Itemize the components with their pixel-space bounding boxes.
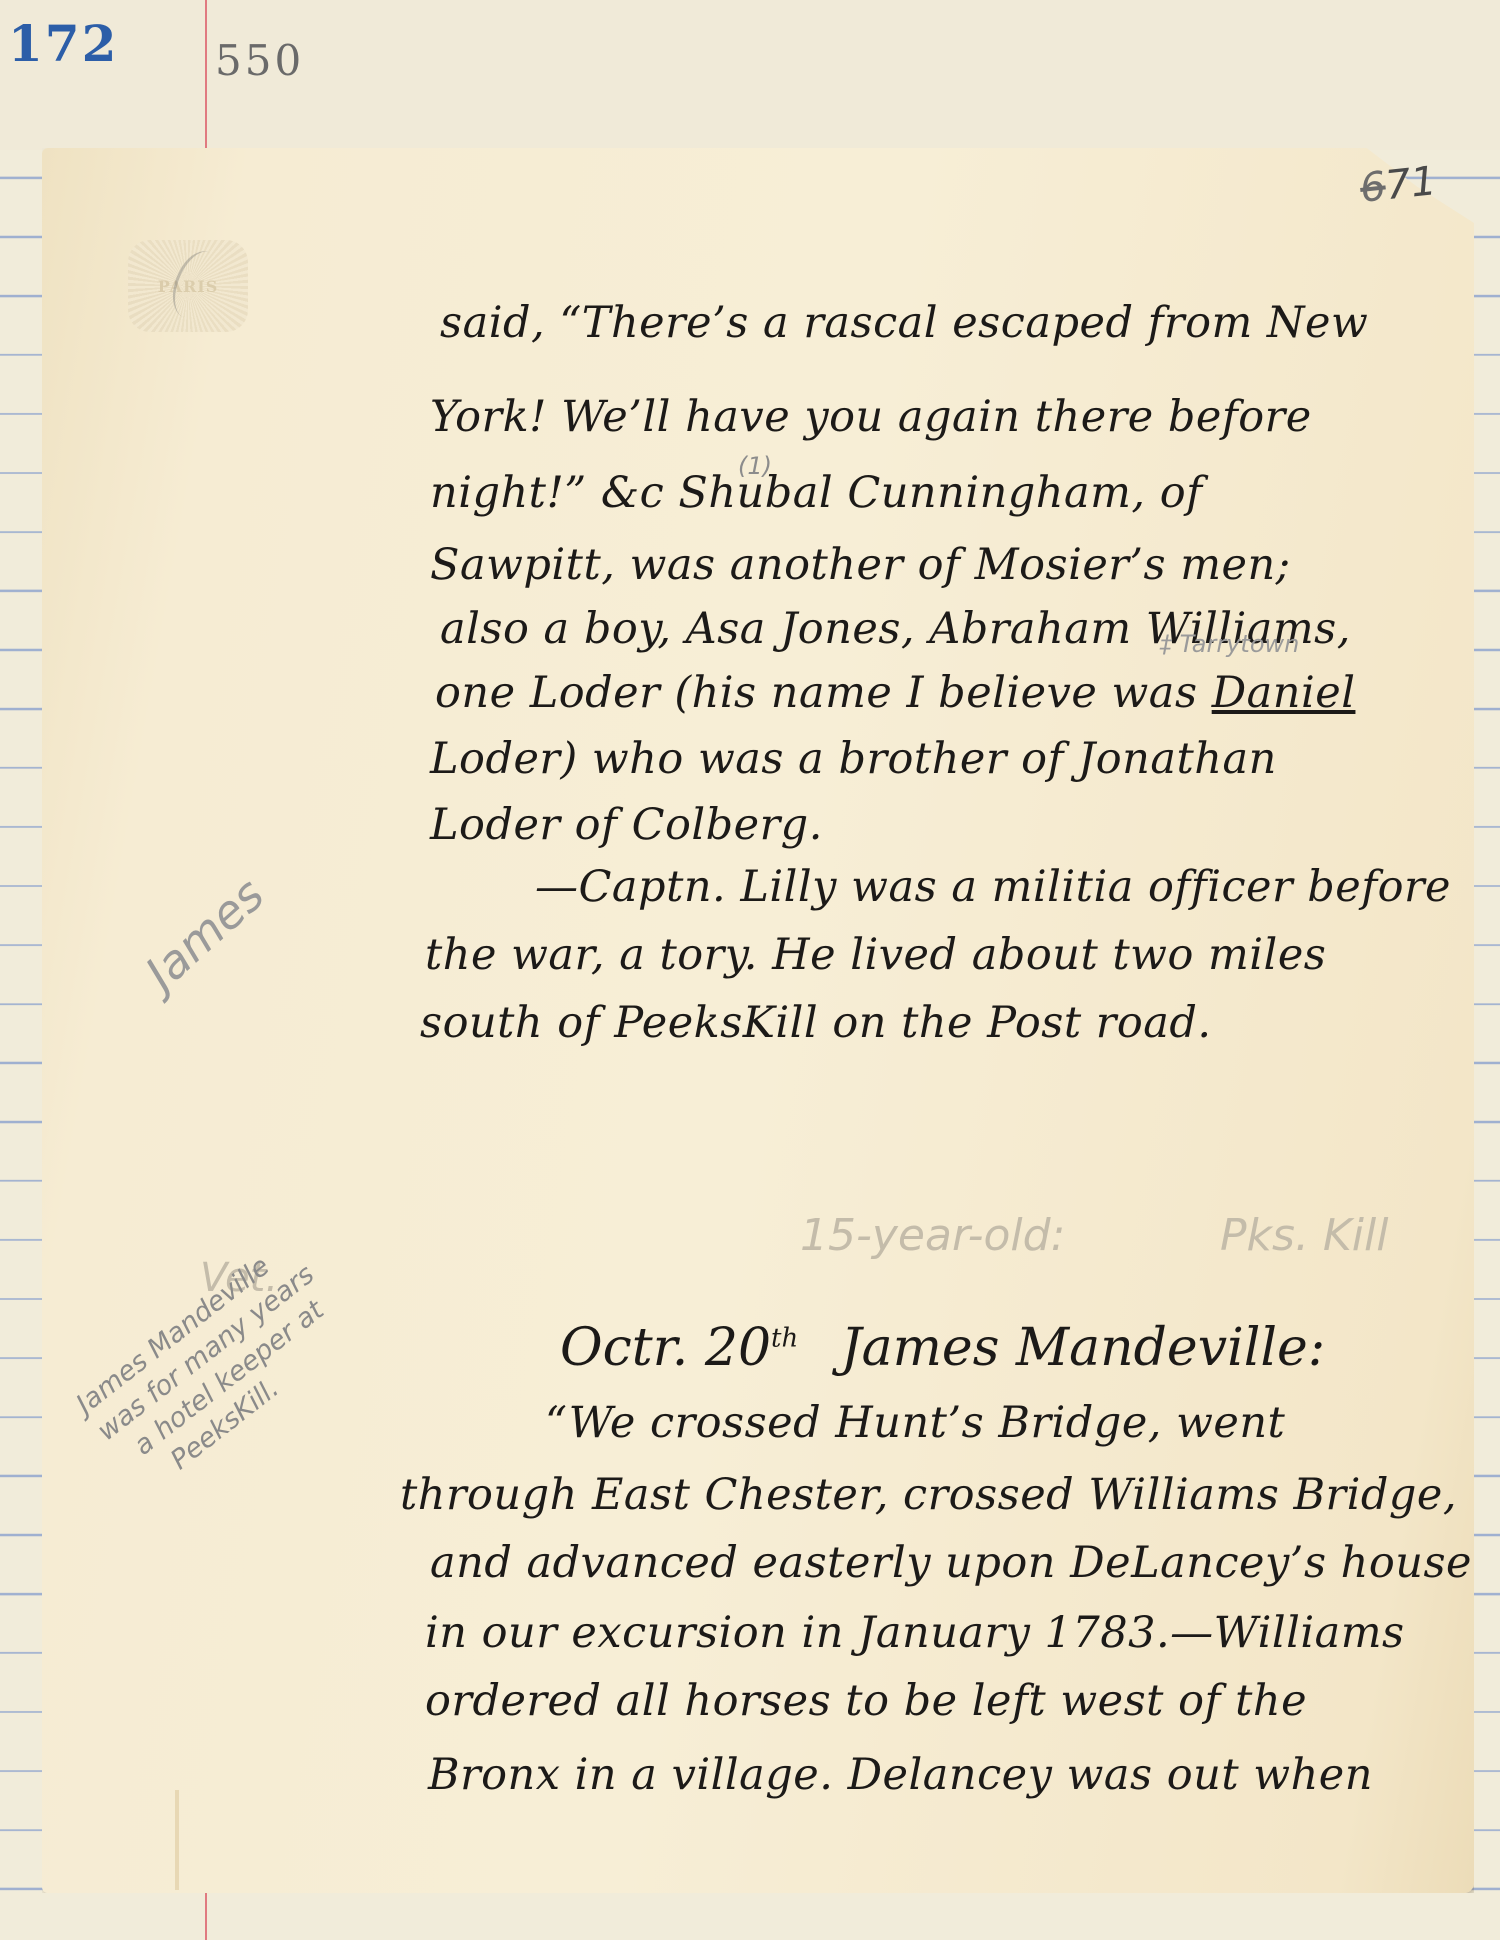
- text-line: Bronx in a village. Delancey was out whe…: [428, 1750, 1373, 1800]
- entry-date: Octr. 20: [560, 1318, 771, 1378]
- text-line: night!” &c Shubal Cunningham, of: [430, 468, 1203, 518]
- text-line: the war, a tory. He lived about two mile…: [425, 930, 1326, 980]
- underlined-name: Daniel: [1212, 668, 1356, 718]
- text-line: and advanced easterly upon DeLancey’s ho…: [430, 1538, 1472, 1588]
- faint-pencil-note: 15-year-old:: [800, 1210, 1065, 1261]
- faint-pencil-note: Pks. Kill: [1220, 1210, 1388, 1261]
- text-line: south of PeeksKill on the Post road.: [420, 998, 1212, 1048]
- text-line: “We crossed Hunt’s Bridge, went: [545, 1398, 1285, 1448]
- text-line: ordered all horses to be left west of th…: [425, 1676, 1307, 1726]
- text-line: said, “There’s a rascal escaped from New: [440, 298, 1368, 348]
- text-line: York! We’ll have you again there before: [430, 392, 1312, 442]
- text-line: Loder of Colberg.: [430, 800, 823, 850]
- sheet-number: 550: [215, 36, 304, 85]
- page-number-current: 71: [1383, 158, 1438, 209]
- text-line: Sawpitt, was another of Mosier’s men;: [430, 540, 1291, 590]
- text-line: Loder) who was a brother of Jonathan: [430, 734, 1277, 784]
- text-line: through East Chester, crossed Williams B…: [400, 1470, 1457, 1520]
- text-line: one Loder (his name I believe was Daniel: [435, 668, 1355, 718]
- page-number: 671: [1358, 158, 1439, 212]
- text-line-start: one Loder (his name I believe was: [435, 668, 1212, 718]
- entry-name: James Mandeville:: [841, 1318, 1326, 1378]
- entry-date-suffix: th: [771, 1324, 798, 1354]
- pencil-footnote-marker: (1): [738, 452, 772, 480]
- entry-heading: Octr. 20th James Mandeville:: [560, 1318, 1325, 1378]
- folio-number: 172: [8, 14, 118, 73]
- text-line: —Captn. Lilly was a militia officer befo…: [535, 862, 1451, 912]
- text-line: in our excursion in January 1783.—Willia…: [425, 1608, 1405, 1658]
- pencil-insertion-note: ‡ Tarrytown: [1160, 630, 1299, 658]
- leaf-fold-crease: [175, 1790, 179, 1890]
